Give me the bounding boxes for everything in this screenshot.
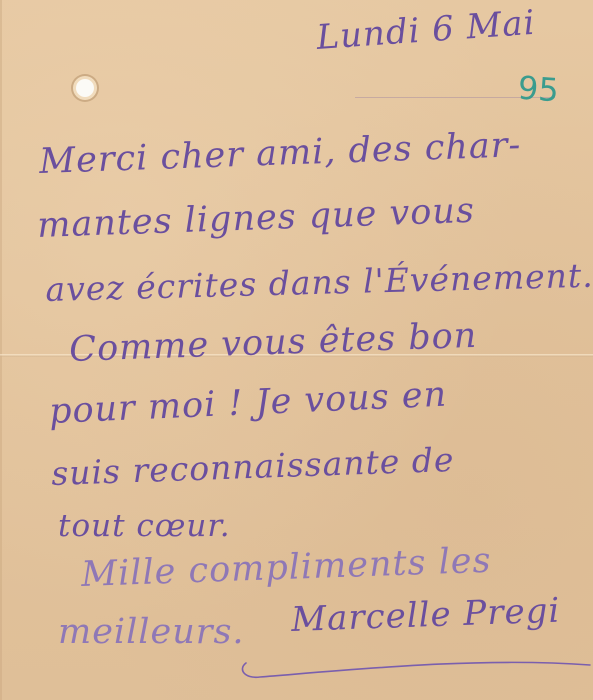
signature-flourish [240,655,593,685]
body-line-8: Mille compliments les [81,541,493,595]
body-line-1: Merci cher ami, des char- [39,125,522,182]
paper-edge [0,0,2,700]
body-line-3: avez écrites dans l'Événement. [45,256,593,309]
folio-number: 95 [517,69,560,110]
letter-page: Lundi 6 Mai 95 Merci cher ami, des char-… [0,0,593,700]
signature: Marcelle Pregi [291,591,561,640]
body-line-6: suis reconnaissante de [51,440,455,493]
date-line: Lundi 6 Mai [315,3,536,58]
punched-hole [76,79,94,97]
body-line-5: pour moi ! Je vous en [48,375,448,432]
body-line-7: tout cœur. [58,508,231,544]
body-line-9: meilleurs. [58,612,245,652]
body-line-2: mantes lignes que vous [37,191,476,246]
body-line-4: Comme vous êtes bon [69,316,478,370]
